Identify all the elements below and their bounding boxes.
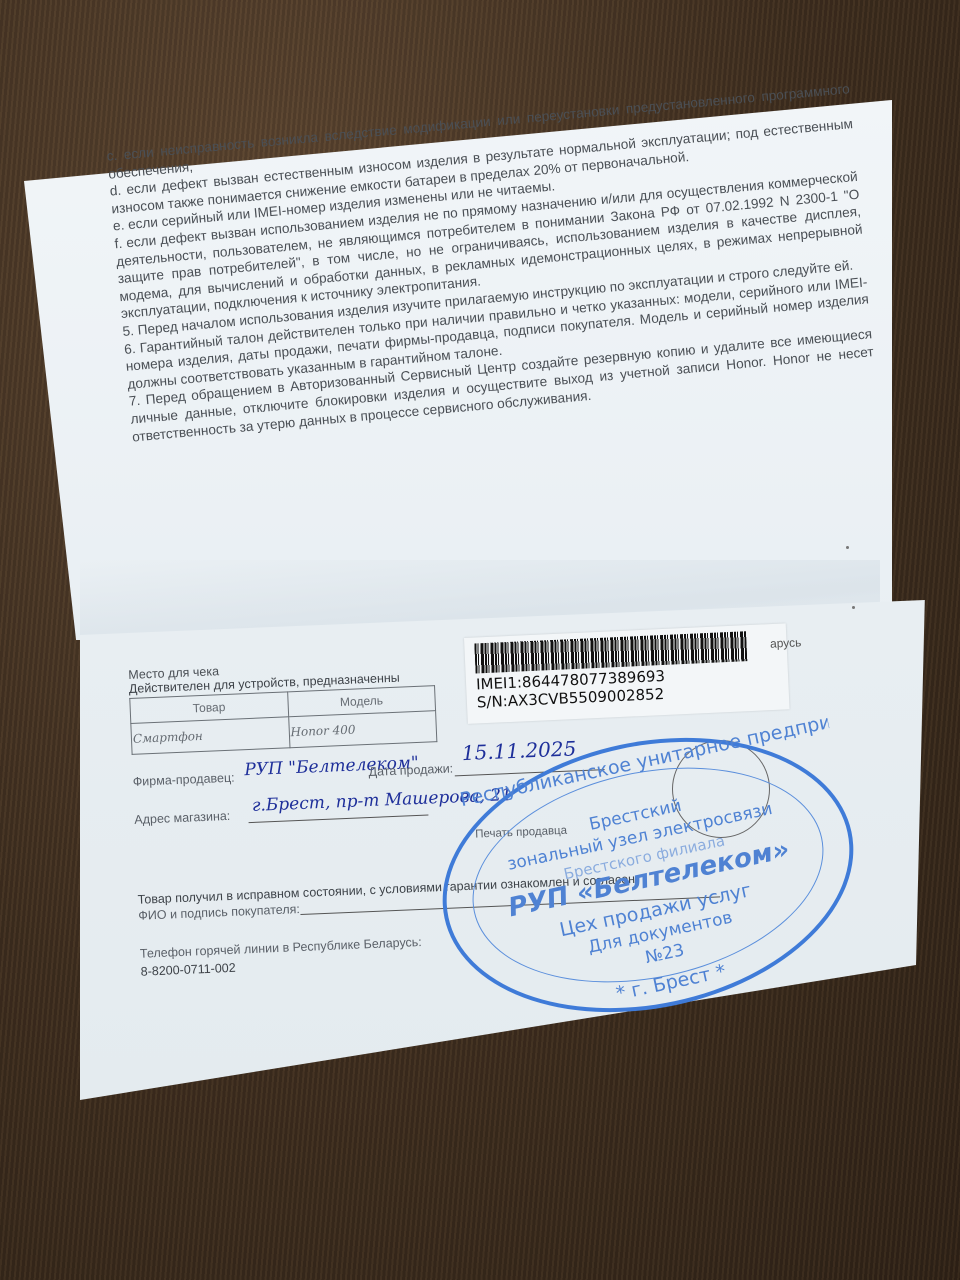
address-label: Адрес магазина: — [134, 809, 230, 827]
partial-text: арусь — [770, 635, 802, 650]
model-value[interactable]: Honor 400 — [288, 711, 437, 748]
date-label: Дата продажи: — [368, 761, 453, 779]
seller-label: Фирма-продавец: — [132, 771, 234, 789]
buyer-label: ФИО и подпись покупателя: — [138, 902, 300, 923]
goods-table: Товар Модель Смартфон Honor 400 — [129, 685, 437, 755]
barcode-icon — [474, 631, 747, 673]
paper-mark — [846, 546, 849, 549]
product-value[interactable]: Смартфон — [131, 717, 290, 755]
imei-sticker: IMEI1:864478077389693 S/N:AX3CVB55090028… — [464, 623, 790, 724]
paper-mark — [852, 606, 855, 609]
